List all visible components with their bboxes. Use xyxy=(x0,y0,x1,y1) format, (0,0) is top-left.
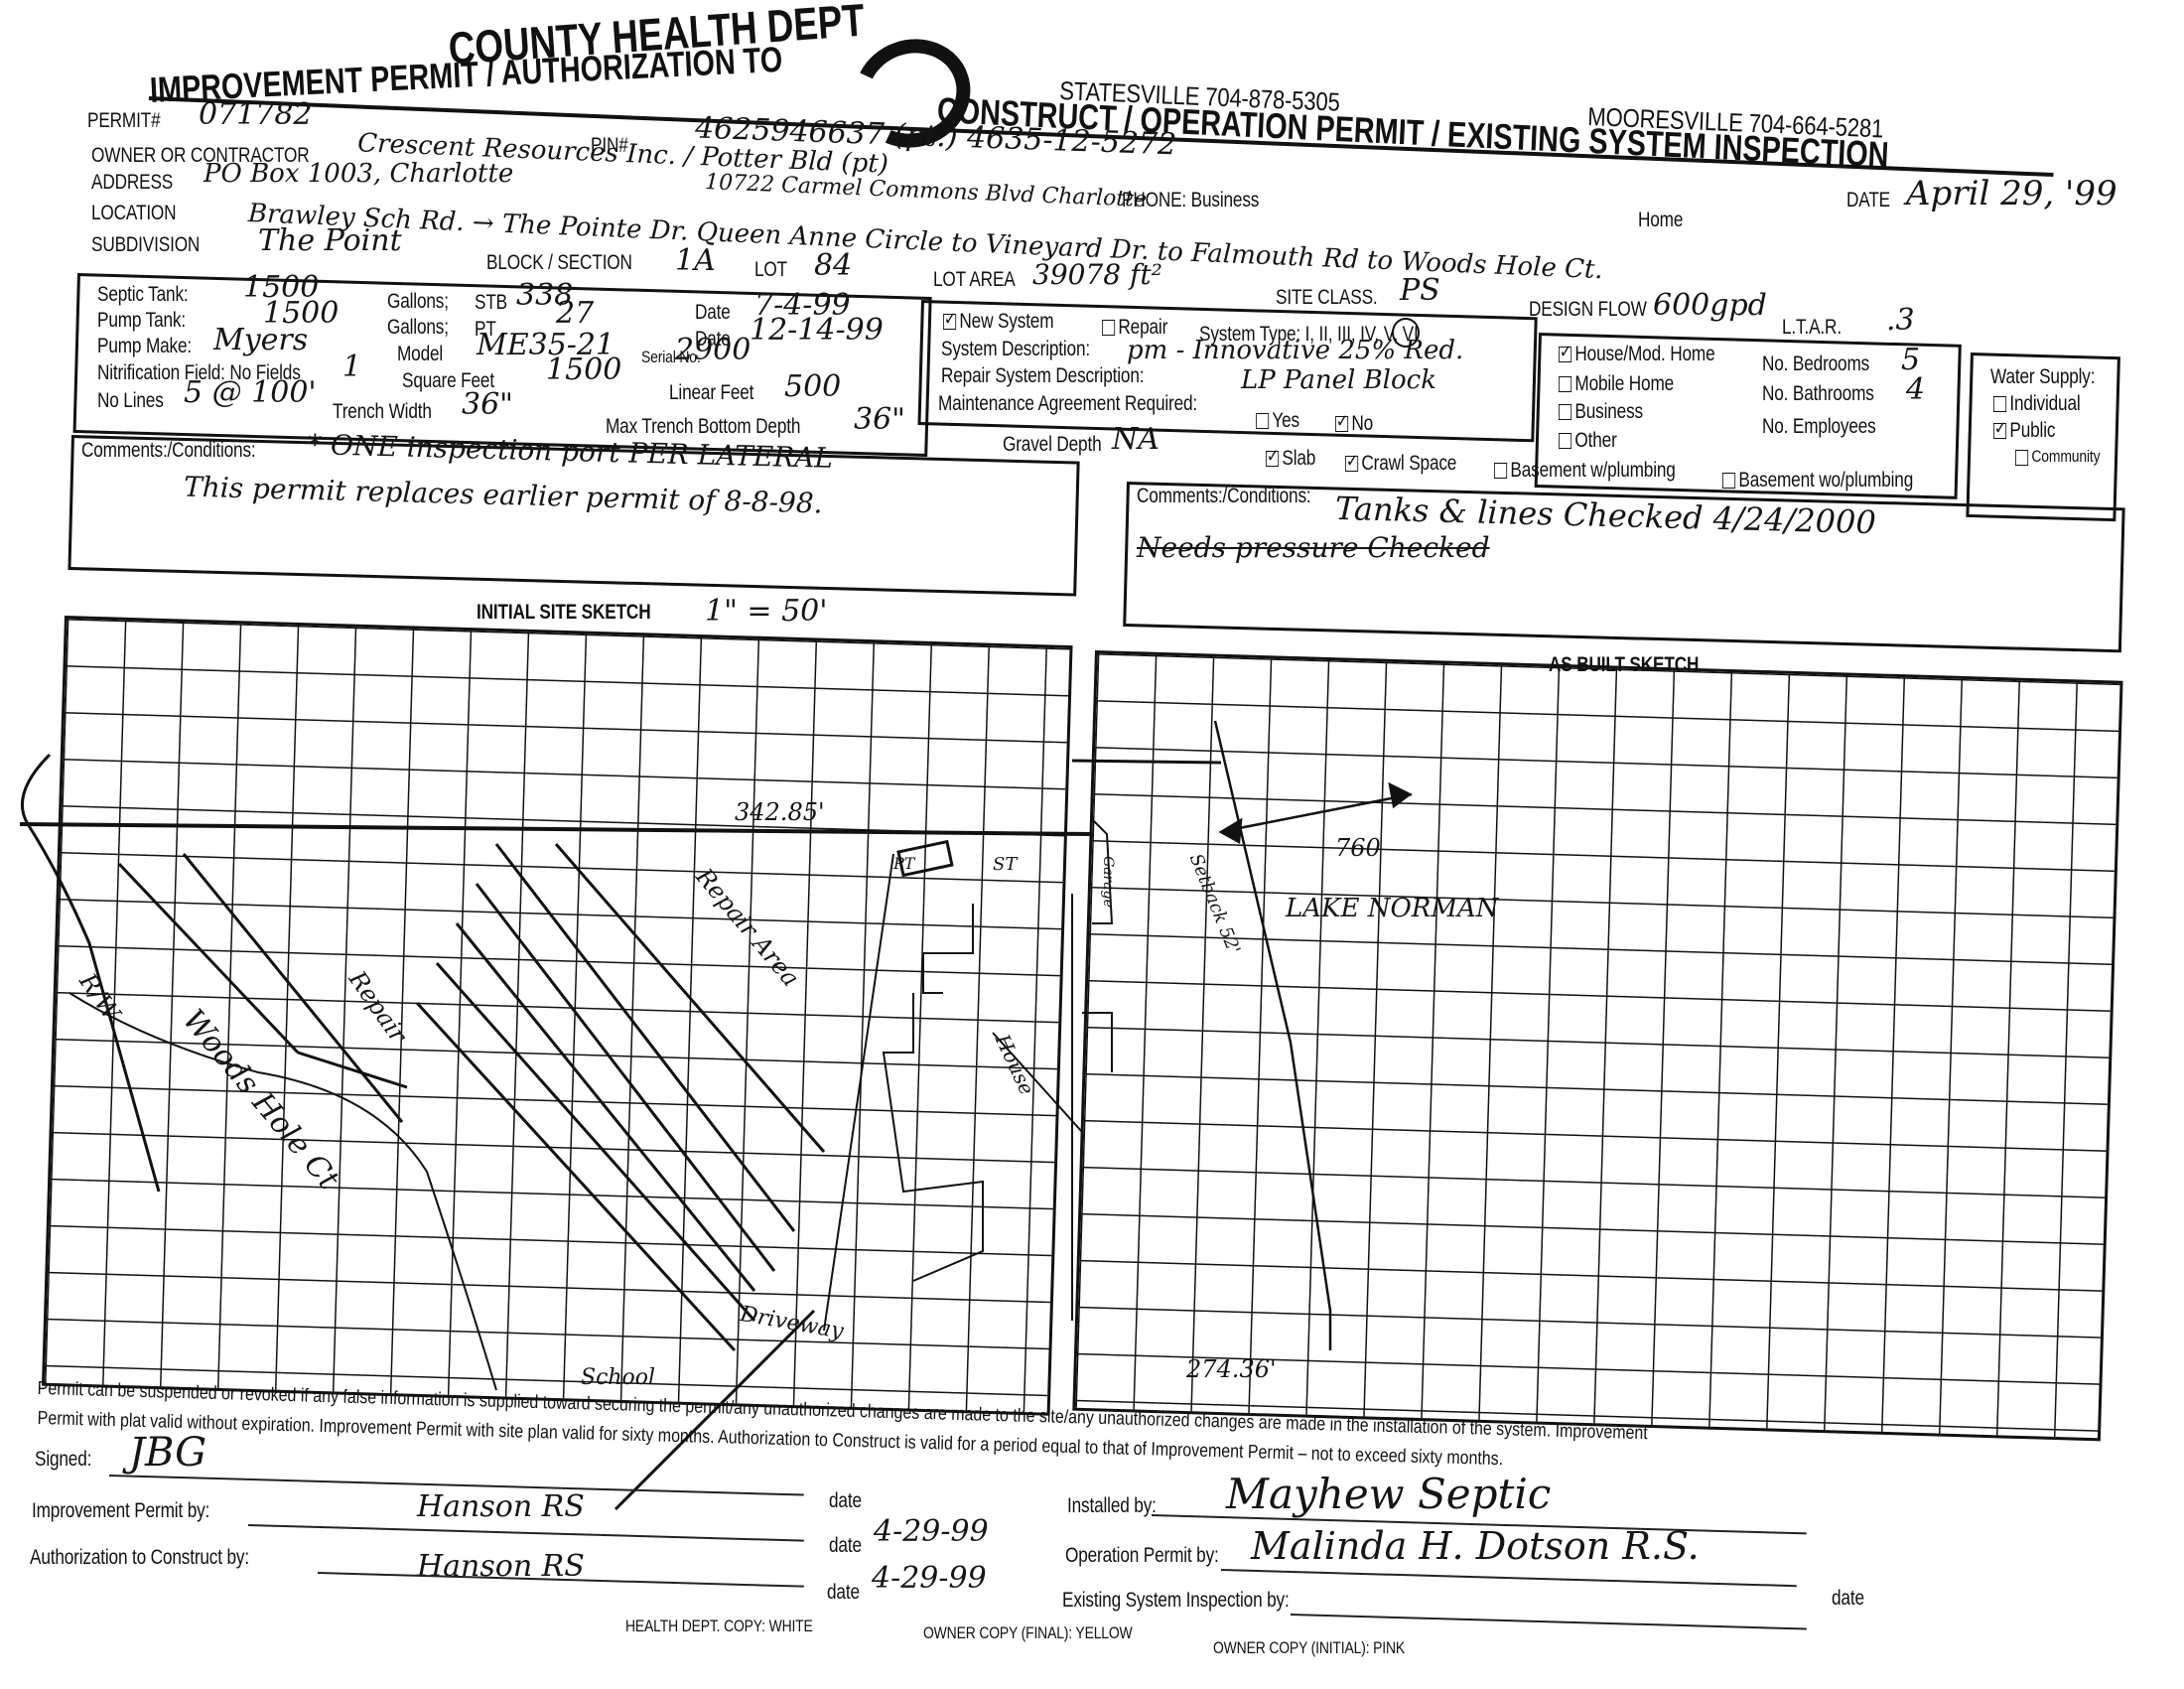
permit-document: COUNTY HEALTH DEPT IMPROVEMENT PERMIT / … xyxy=(0,0,2184,1689)
authorization-date-label: date xyxy=(827,1581,860,1605)
lake-norman-label: LAKE NORMAN xyxy=(1286,894,1499,923)
operation-signature: Malinda H. Dotson R.S. xyxy=(1251,1524,1700,1568)
installed-label: Installed by: xyxy=(1067,1494,1157,1518)
authorization-date: 4-29-99 xyxy=(872,1561,987,1596)
existing-label: Existing System Inspection by: xyxy=(1062,1589,1290,1613)
as-built-dimension: 274.36' xyxy=(1186,1355,1277,1383)
garage-label: Garage xyxy=(1100,856,1116,908)
signed-label: Signed: xyxy=(35,1448,91,1472)
improvement-date-label: date xyxy=(829,1534,862,1558)
copy-white: HEALTH DEPT. COPY: WHITE xyxy=(625,1617,813,1636)
elevation-label: 760 xyxy=(1335,834,1381,862)
operation-label: Operation Permit by: xyxy=(1065,1544,1219,1568)
improvement-signature: Hanson RS xyxy=(417,1489,585,1524)
operation-date-label: date xyxy=(1832,1587,1864,1611)
improvement-date: 4-29-99 xyxy=(874,1514,989,1549)
copy-pink: OWNER COPY (INITIAL): PINK xyxy=(1213,1638,1405,1658)
improvement-label: Improvement Permit by: xyxy=(32,1499,209,1523)
signed-signature: JBG xyxy=(129,1430,206,1476)
copy-yellow: OWNER COPY (FINAL): YELLOW xyxy=(923,1623,1133,1643)
installed-value: Mayhew Septic xyxy=(1226,1470,1551,1518)
signed-date-label: date xyxy=(829,1489,862,1513)
authorization-label: Authorization to Construct by: xyxy=(30,1546,249,1570)
